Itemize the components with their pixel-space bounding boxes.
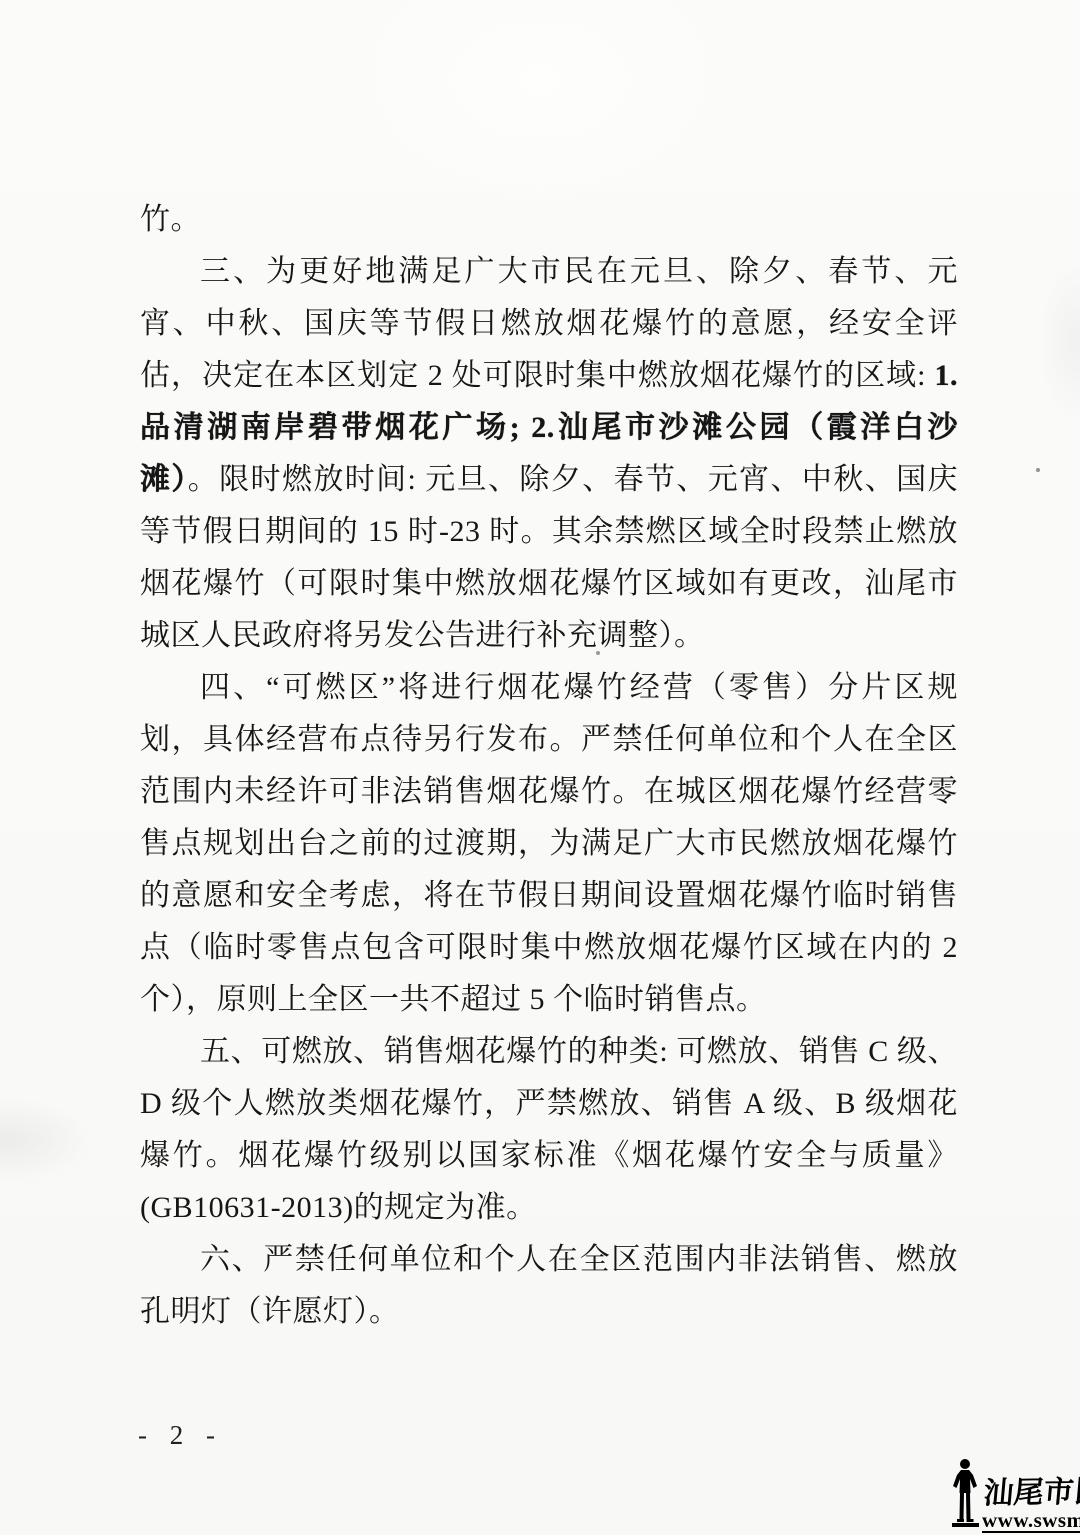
paragraph: 六、严禁任何单位和个人在全区范围内非法销售、燃放孔明灯（许愿灯）。 (140, 1234, 958, 1338)
text-run: 竹。 (140, 203, 201, 236)
text-run: 。限时燃放时间: 元旦、除夕、春节、元宵、中秋、国庆等节假日期间的 15 时-2… (140, 463, 958, 652)
text-run: 五、可燃放、销售烟花爆竹的种类: 可燃放、销售 C 级、D 级个人燃放类烟花爆竹… (140, 1035, 958, 1224)
watermark-site-name: 汕尾市民网 (982, 1466, 1080, 1513)
paragraph: 竹。 (140, 194, 958, 246)
page-number: - 2 - (138, 1420, 223, 1451)
text-run: 三、为更好地满足广大市民在元旦、除夕、春节、元宵、中秋、国庆等节假日燃放烟花爆竹… (140, 255, 958, 392)
paragraph: 三、为更好地满足广大市民在元旦、除夕、春节、元宵、中秋、国庆等节假日燃放烟花爆竹… (140, 246, 958, 662)
document-body: 竹。三、为更好地满足广大市民在元旦、除夕、春节、元宵、中秋、国庆等节假日燃放烟花… (140, 194, 958, 1338)
text-run: 四、“可燃区”将进行烟花爆竹经营（零售）分片区规划，具体经营布点待另行发布。严禁… (140, 671, 958, 1016)
scan-speck (1036, 468, 1040, 472)
paragraph: 五、可燃放、销售烟花爆竹的种类: 可燃放、销售 C 级、D 级个人燃放类烟花爆竹… (140, 1026, 958, 1234)
text-run: 六、严禁任何单位和个人在全区范围内非法销售、燃放孔明灯（许愿灯）。 (140, 1243, 958, 1328)
site-watermark: 汕尾市民网 www.swsm.net (898, 1455, 1078, 1533)
paragraph: 四、“可燃区”将进行烟花爆竹经营（零售）分片区规划，具体经营布点待另行发布。严禁… (140, 662, 958, 1026)
person-silhouette-icon (950, 1457, 980, 1529)
scanned-document-page: 竹。三、为更好地满足广大市民在元旦、除夕、春节、元宵、中秋、国庆等节假日燃放烟花… (0, 0, 1080, 1535)
watermark-site-url: www.swsm.net (982, 1510, 1080, 1533)
